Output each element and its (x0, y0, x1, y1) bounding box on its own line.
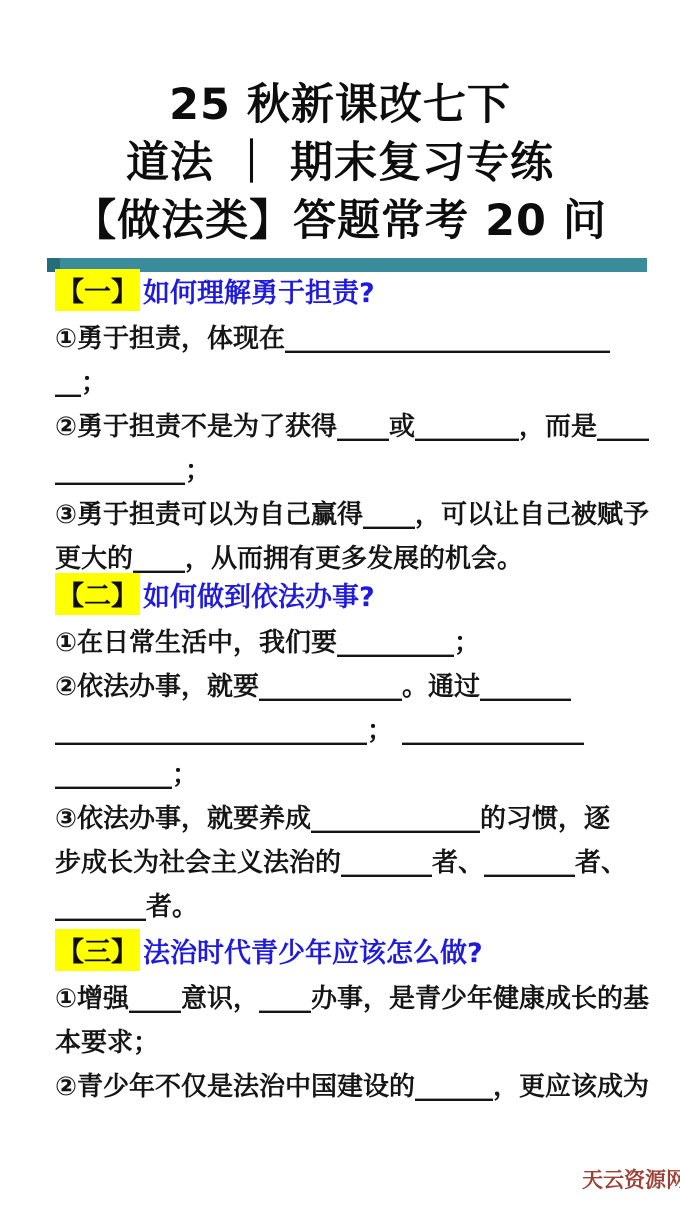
section-number-highlight: 【一】 (55, 269, 140, 311)
title-line-1: 25 秋新课改七下 (0, 76, 680, 134)
section-heading: 【三】法治时代青少年应该怎么做? (55, 934, 660, 966)
fill-blank-line: 步成长为社会主义法治的_______者、_______者、 (55, 838, 660, 882)
fill-blank-line: __； (55, 358, 660, 402)
fill-blank-line: ③勇于担责可以为自己赢得____，可以让自己被赋予 (55, 490, 660, 534)
question-sections: 【一】如何理解勇于担责?①勇于担责，体现在___________________… (55, 274, 660, 1106)
section-number-highlight: 【二】 (55, 573, 140, 615)
fill-blank-line: ②勇于担责不是为了获得____或________，而是____ (55, 402, 660, 446)
fill-blank-line: ①勇于担责，体现在_________________________ (55, 314, 660, 358)
fill-blank-line: ③依法办事，就要养成_____________的习惯，逐 (55, 794, 660, 838)
fill-blank-line: ②依法办事，就要___________。通过_______ (55, 662, 660, 706)
fill-blank-line: ①在日常生活中，我们要_________； (55, 618, 660, 662)
fill-blank-line: ②青少年不仅是法治中国建设的______，更应该成为 (55, 1062, 660, 1106)
title-line-2: 道法 ｜ 期末复习专练 (0, 134, 680, 192)
watermark-text: 天云资源网 (582, 1164, 680, 1194)
section-heading: 【一】如何理解勇于担责? (55, 274, 660, 306)
fill-blank-line: ①增强____意识，____办事，是青少年健康成长的基 (55, 974, 660, 1018)
section-question: 法治时代青少年应该怎么做? (143, 931, 483, 970)
fill-blank-line: ________________________； ______________ (55, 706, 660, 750)
fill-blank-line: 本要求； (55, 1018, 660, 1062)
title-line-3: 【做法类】答题常考 20 问 (0, 192, 680, 250)
document-title: 25 秋新课改七下 道法 ｜ 期末复习专练 【做法类】答题常考 20 问 (0, 0, 680, 250)
fill-blank-line: _______者。 (55, 882, 660, 926)
fill-blank-line: __________； (55, 446, 660, 490)
fill-blank-line: _________； (55, 750, 660, 794)
section-heading: 【二】如何做到依法办事? (55, 578, 660, 610)
fill-blank-line: 更大的____，从而拥有更多发展的机会。 (55, 534, 660, 578)
worksheet-page: 25 秋新课改七下 道法 ｜ 期末复习专练 【做法类】答题常考 20 问 【一】… (0, 0, 680, 1209)
section-question: 如何做到依法办事? (143, 575, 375, 614)
section-3: 【三】法治时代青少年应该怎么做?①增强____意识，____办事，是青少年健康成… (55, 934, 660, 1106)
section-2: 【二】如何做到依法办事?①在日常生活中，我们要_________；②依法办事，就… (55, 578, 660, 926)
section-question: 如何理解勇于担责? (143, 271, 375, 310)
section-1: 【一】如何理解勇于担责?①勇于担责，体现在___________________… (55, 274, 660, 578)
section-number-highlight: 【三】 (55, 929, 140, 971)
